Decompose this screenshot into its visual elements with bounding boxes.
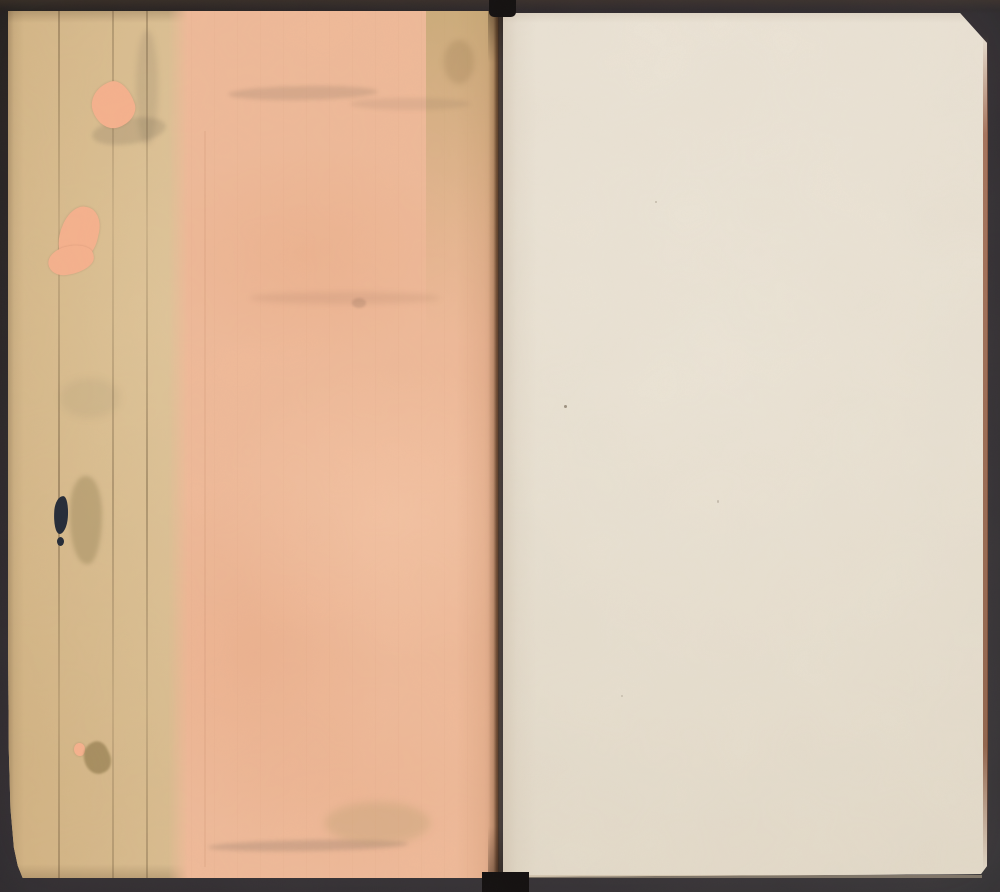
paper-speck bbox=[564, 405, 567, 408]
fore-edge-line bbox=[983, 34, 988, 872]
paper-speck bbox=[655, 201, 657, 203]
paper-speck bbox=[717, 500, 719, 503]
cover-crease-line-3 bbox=[146, 11, 148, 878]
olive-stain bbox=[70, 476, 102, 564]
salmon-pasted-sheet bbox=[168, 11, 498, 878]
cover-crease-line-1 bbox=[58, 11, 60, 878]
paper-speck bbox=[621, 695, 623, 697]
gutter-notch-bottom bbox=[482, 872, 529, 892]
book-scan-photo bbox=[0, 0, 1000, 892]
ghost-fold-line bbox=[204, 131, 206, 867]
right-blank-page bbox=[503, 13, 987, 877]
gutter-notch-top bbox=[489, 0, 516, 17]
cover-crease-line-2 bbox=[112, 11, 114, 878]
page-stack-edge bbox=[520, 875, 982, 878]
ink-blot-drip bbox=[57, 537, 64, 546]
